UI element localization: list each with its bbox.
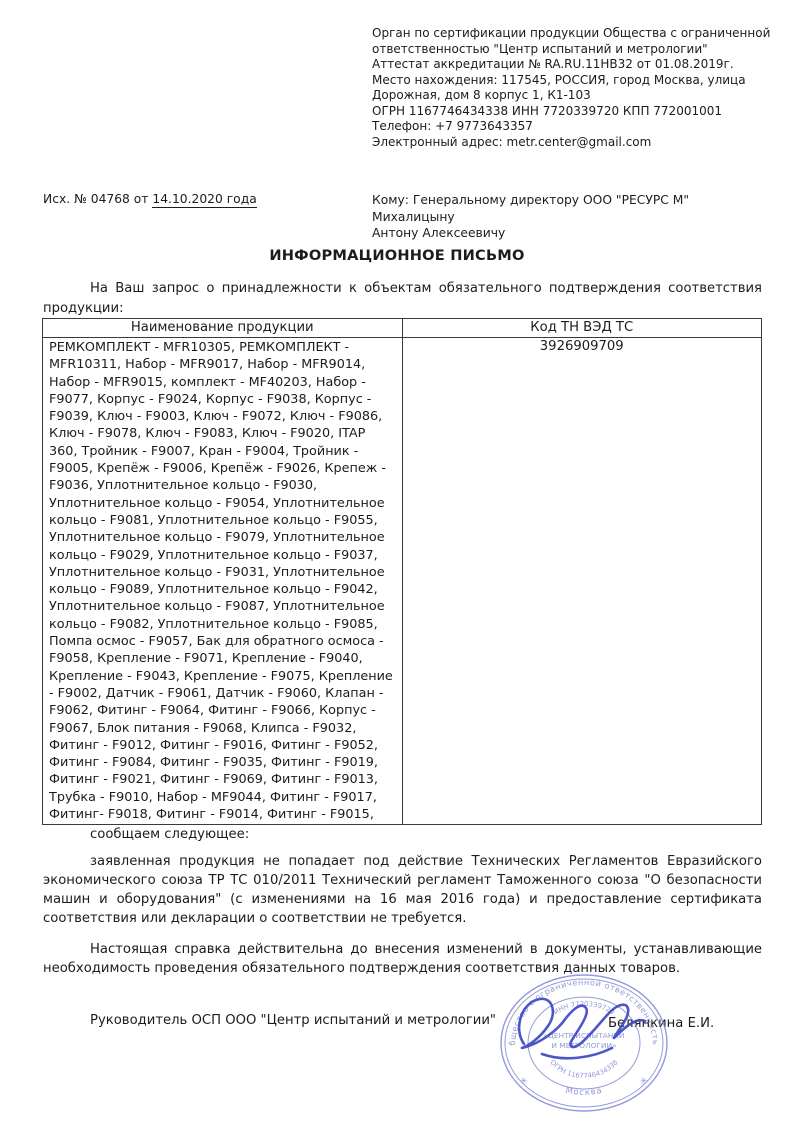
letter-title: ИНФОРМАЦИОННОЕ ПИСЬМО: [0, 247, 794, 264]
ref-date: 14.10.2020 года: [152, 192, 256, 208]
outgoing-ref-line: Исх. № 04768 от 14.10.2020 года: [43, 192, 257, 206]
after-table-note: сообщаем следующее:: [90, 827, 249, 842]
stamp-city-text: Москва: [564, 1086, 603, 1098]
signer-position: Руководитель ОСП ООО "Центр испытаний и …: [90, 1013, 496, 1028]
products-table: Наименование продукции Код ТН ВЭД ТС РЕМ…: [42, 318, 762, 825]
table-row: РЕМКОМПЛЕКТ - MFR10305, РЕМКОМПЛЕКТ - MF…: [43, 338, 762, 825]
letter-page: Орган по сертификации продукции Общества…: [0, 0, 794, 1122]
ref-number: Исх. № 04768 от: [43, 192, 148, 206]
col-header-product-name: Наименование продукции: [43, 319, 403, 338]
col-header-tnved-code: Код ТН ВЭД ТС: [402, 319, 762, 338]
table-header-row: Наименование продукции Код ТН ВЭД ТС: [43, 319, 762, 338]
handwritten-signature: [506, 986, 656, 1071]
products-cell: РЕМКОМПЛЕКТ - MFR10305, РЕМКОМПЛЕКТ - MF…: [43, 338, 403, 825]
products-list-text: РЕМКОМПЛЕКТ - MFR10305, РЕМКОМПЛЕКТ - MF…: [49, 339, 398, 824]
compliance-paragraph: заявленная продукция не попадает под дей…: [43, 852, 762, 928]
intro-paragraph: На Ваш запрос о принадлежности к объекта…: [43, 279, 762, 318]
letterhead-block: Орган по сертификации продукции Общества…: [372, 26, 780, 150]
stamp-star-right: ✳: [640, 1077, 648, 1087]
stamp-star-left: ✳: [520, 1077, 528, 1087]
recipient-block: Кому: Генеральному директору ООО "РЕСУРС…: [372, 192, 772, 242]
tnved-code-cell: 3926909709: [402, 338, 762, 825]
